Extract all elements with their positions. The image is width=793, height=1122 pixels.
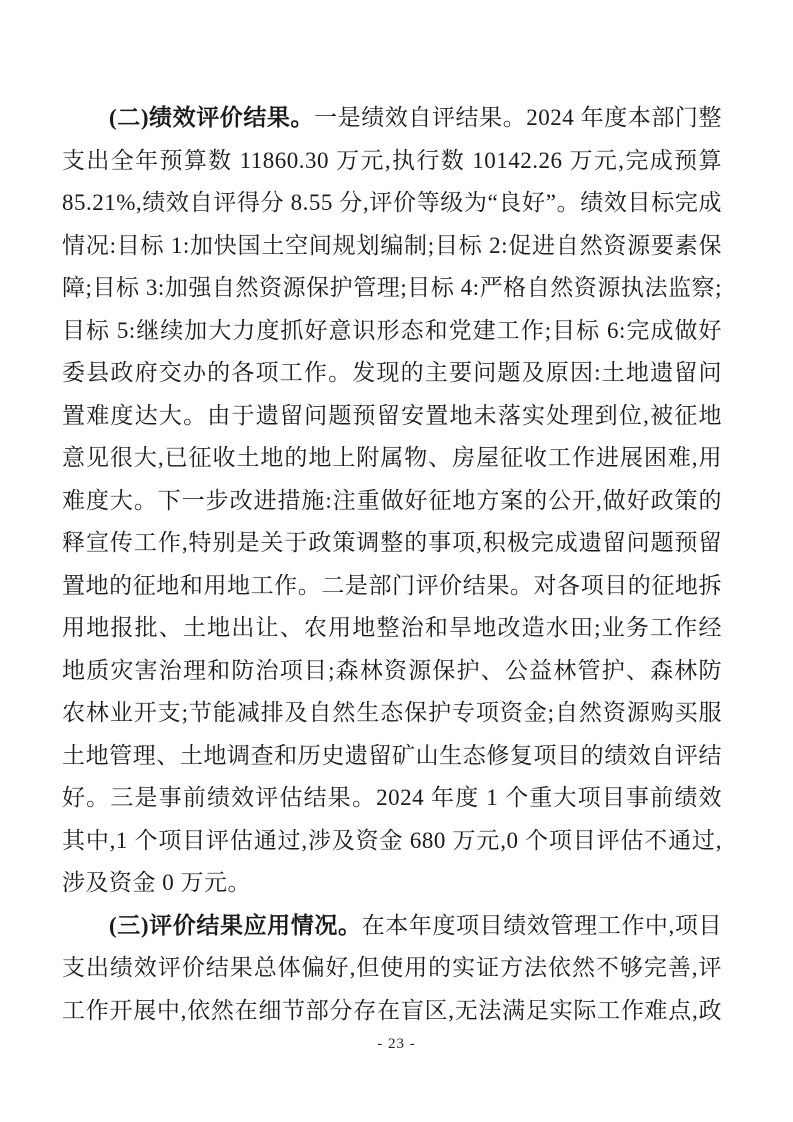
text-line: 用地报批、土地出让、农用地整治和旱地改造水田;业务工作经费; <box>62 607 722 650</box>
text-segment: 其中,1 个项目评估通过,涉及资金 680 万元,0 个项目评估不通过, <box>62 828 722 853</box>
text-segment: 土地管理、土地调查和历史遗留矿山生态修复项目的绩效自评结果良 <box>62 743 722 778</box>
text-line: 地质灾害治理和防治项目;森林资源保护、公益林管护、森林防火等 <box>62 650 722 693</box>
text-segment: 农林业开支;节能减排及自然生态保护专项资金;自然资源购买服务、 <box>62 700 722 735</box>
text-segment: 涉及资金 0 万元。 <box>62 870 251 895</box>
text-line: (三)评价结果应用情况。在本年度项目绩效管理工作中,项目 <box>62 905 722 948</box>
text-segment: 用地报批、土地出让、农用地整治和旱地改造水田;业务工作经费; <box>62 615 722 650</box>
text-segment: 工作开展中,依然在细节部分存在盲区,无法满足实际工作难点,政 <box>62 998 722 1023</box>
text-segment: 难度大。下一步改进措施:注重做好征地方案的公开,做好政策的解 <box>62 488 722 523</box>
text-segment: 置地的征地和用地工作。二是部门评价结果。对各项目的征地拆迁、 <box>62 573 722 608</box>
section-heading-segment: (二)绩效评价结果。 <box>109 105 314 130</box>
document-body: (二)绩效评价结果。一是绩效自评结果。2024 年度本部门整体支出全年预算数 1… <box>62 97 722 1032</box>
text-segment: 好。三是事前绩效评估结果。2024 年度 1 个重大项目事前绩效评估, <box>62 785 722 820</box>
text-segment: 支出全年预算数 11860.30 万元,执行数 10142.26 万元,完成预算… <box>62 148 722 183</box>
text-line: 土地管理、土地调查和历史遗留矿山生态修复项目的绩效自评结果良 <box>62 735 722 778</box>
text-line: 支出全年预算数 11860.30 万元,执行数 10142.26 万元,完成预算… <box>62 140 722 183</box>
text-segment: 释宣传工作,特别是关于政策调整的事项,积极完成遗留问题预留安 <box>62 530 722 565</box>
section-heading-segment: (三)评价结果应用情况。 <box>109 913 362 938</box>
text-segment: 在本年度项目绩效管理工作中,项目 <box>362 913 722 938</box>
text-line: 好。三是事前绩效评估结果。2024 年度 1 个重大项目事前绩效评估, <box>62 777 722 820</box>
text-line: 难度大。下一步改进措施:注重做好征地方案的公开,做好政策的解 <box>62 480 722 523</box>
text-line: 其中,1 个项目评估通过,涉及资金 680 万元,0 个项目评估不通过, <box>62 820 722 863</box>
text-segment: 支出绩效评价结果总体偏好,但使用的实证方法依然不够完善,评估 <box>62 955 722 990</box>
text-line: 农林业开支;节能减排及自然生态保护专项资金;自然资源购买服务、 <box>62 692 722 735</box>
text-line: 释宣传工作,特别是关于政策调整的事项,积极完成遗留问题预留安 <box>62 522 722 565</box>
text-line: 85.21%,绩效自评得分 8.55 分,评价等级为“良好”。绩效目标完成 <box>62 182 722 225</box>
text-segment: 委县政府交办的各项工作。发现的主要问题及原因:土地遗留问题处 <box>62 360 722 395</box>
text-line: 工作开展中,依然在细节部分存在盲区,无法满足实际工作难点,政 <box>62 990 722 1033</box>
text-segment: 情况:目标 1:加快国土空间规划编制;目标 2:促进自然资源要素保 <box>62 233 722 258</box>
text-segment: 置难度达大。由于遗留问题预留安置地未落实处理到位,被征地村组 <box>62 403 722 438</box>
text-line: 意见很大,已征收土地的地上附属物、房屋征收工作进展困难,用地 <box>62 437 722 480</box>
text-line: 支出绩效评价结果总体偏好,但使用的实证方法依然不够完善,评估 <box>62 947 722 990</box>
text-segment: 意见很大,已征收土地的地上附属物、房屋征收工作进展困难,用地 <box>62 445 722 480</box>
text-segment: 目标 5:继续加大力度抓好意识形态和党建工作;目标 6:完成做好县 <box>62 318 722 353</box>
text-line: 情况:目标 1:加快国土空间规划编制;目标 2:促进自然资源要素保 <box>62 225 722 268</box>
page-number: - 23 - <box>0 1036 793 1053</box>
text-line: 目标 5:继续加大力度抓好意识形态和党建工作;目标 6:完成做好县 <box>62 310 722 353</box>
text-segment: 85.21%,绩效自评得分 8.55 分,评价等级为“良好”。绩效目标完成 <box>62 190 722 215</box>
text-line: 委县政府交办的各项工作。发现的主要问题及原因:土地遗留问题处 <box>62 352 722 395</box>
text-line: 涉及资金 0 万元。 <box>62 862 722 905</box>
text-segment: 地质灾害治理和防治项目;森林资源保护、公益林管护、森林防火等 <box>62 658 722 693</box>
text-line: 置难度达大。由于遗留问题预留安置地未落实处理到位,被征地村组 <box>62 395 722 438</box>
document-page: (二)绩效评价结果。一是绩效自评结果。2024 年度本部门整体支出全年预算数 1… <box>0 0 793 1122</box>
text-line: (二)绩效评价结果。一是绩效自评结果。2024 年度本部门整体 <box>62 97 722 140</box>
text-segment: 障;目标 3:加强自然资源保护管理;目标 4:严格自然资源执法监察; <box>62 275 722 300</box>
text-line: 置地的征地和用地工作。二是部门评价结果。对各项目的征地拆迁、 <box>62 565 722 608</box>
text-line: 障;目标 3:加强自然资源保护管理;目标 4:严格自然资源执法监察; <box>62 267 722 310</box>
